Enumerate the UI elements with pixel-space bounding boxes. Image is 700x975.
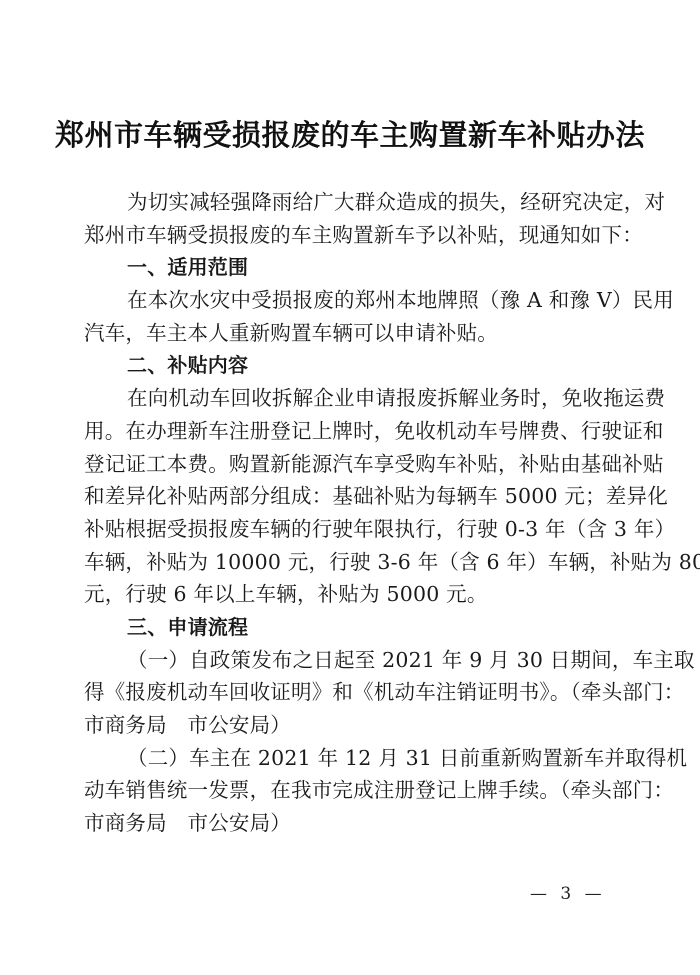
page-number: — 3 — <box>530 884 606 904</box>
paragraph-line: 汽车，车主本人重新购置车辆可以申请补贴。 <box>84 317 612 350</box>
paragraph-line: 登记证工本费。购置新能源汽车享受购车补贴，补贴由基础补贴 <box>84 448 612 481</box>
paragraph-line: 动车销售统一发票，在我市完成注册登记上牌手续。（牵头部门： <box>84 774 612 807</box>
paragraph-line: 在本次水灾中受损报废的郑州本地牌照（豫 A 和豫 V）民用 <box>84 284 612 317</box>
paragraph-line: 在向机动车回收拆解企业申请报废拆解业务时，免收拖运费 <box>84 382 612 415</box>
paragraph-line: （一）自政策发布之日起至 2021 年 9 月 30 日期间，车主取 <box>84 644 612 677</box>
paragraph-line: 车辆，补贴为 10000 元，行驶 3-6 年（含 6 年）车辆，补贴为 800… <box>84 546 612 579</box>
section-heading: 一、适用范围 <box>84 251 612 284</box>
page-title: 郑州市车辆受损报废的车主购置新车补贴办法 <box>0 113 700 154</box>
document-body: 为切实减轻强降雨给广大群众造成的损失，经研究决定，对 郑州市车辆受损报废的车主购… <box>84 186 612 840</box>
paragraph-line: 和差异化补贴两部分组成：基础补贴为每辆车 5000 元；差异化 <box>84 480 612 513</box>
paragraph-line: 元，行驶 6 年以上车辆，补贴为 5000 元。 <box>84 578 612 611</box>
paragraph-line: 市商务局 市公安局） <box>84 709 612 742</box>
paragraph-line: 补贴根据受损报废车辆的行驶年限执行，行驶 0-3 年（含 3 年） <box>84 513 612 546</box>
intro-line: 为切实减轻强降雨给广大群众造成的损失，经研究决定，对 <box>84 186 612 219</box>
paragraph-line: 市商务局 市公安局） <box>84 807 612 840</box>
section-heading: 三、申请流程 <box>84 611 612 644</box>
paragraph-line: 得《报废机动车回收证明》和《机动车注销证明书》。（牵头部门： <box>84 676 612 709</box>
paragraph-line: （二）车主在 2021 年 12 月 31 日前重新购置新车并取得机 <box>84 742 612 775</box>
paragraph-line: 用。在办理新车注册登记上牌时，免收机动车号牌费、行驶证和 <box>84 415 612 448</box>
section-heading: 二、补贴内容 <box>84 349 612 382</box>
intro-line: 郑州市车辆受损报废的车主购置新车予以补贴，现通知如下： <box>84 219 612 252</box>
